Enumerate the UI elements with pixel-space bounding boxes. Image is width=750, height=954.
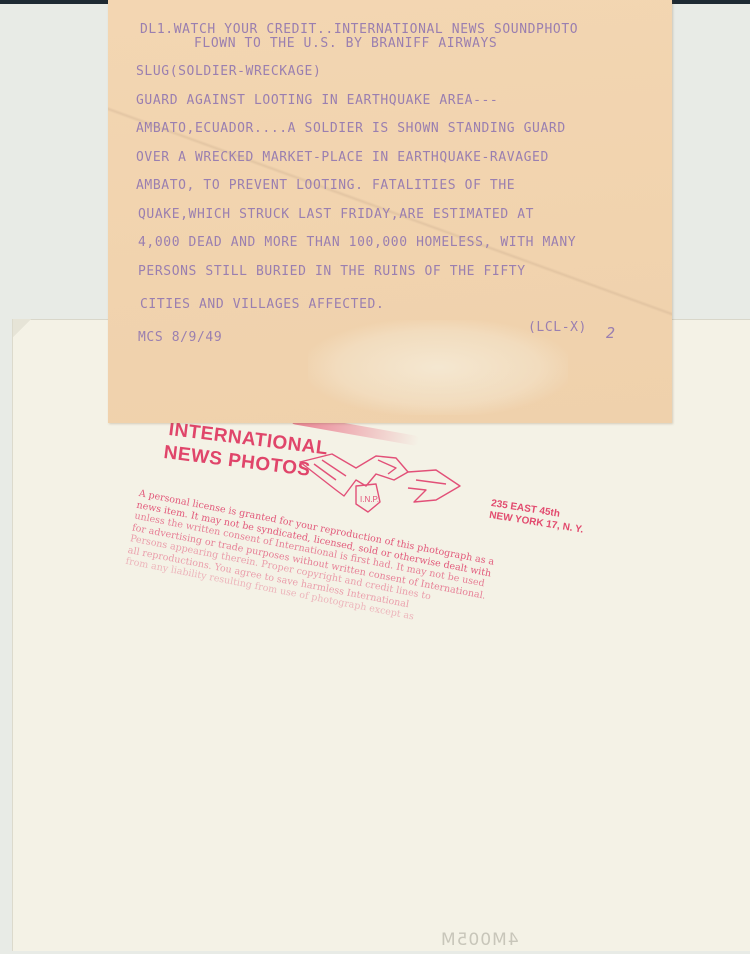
caption-headline: GUARD AGAINST LOOTING IN EARTHQUAKE AREA…	[136, 93, 498, 108]
caption-header-line2: FLOWN TO THE U.S. BY BRANIFF AIRWAYS	[194, 36, 497, 51]
caption-body-line: PERSONS STILL BURIED IN THE RUINS OF THE…	[138, 264, 526, 279]
caption-slip: DL1.WATCH YOUR CREDIT..INTERNATIONAL NEW…	[108, 0, 672, 423]
caption-initials-date: MCS 8/9/49	[138, 330, 222, 345]
caption-body-line: AMBATO,ECUADOR....A SOLDIER IS SHOWN STA…	[136, 121, 566, 136]
eagle-logo-icon: I.N.P.	[296, 450, 464, 520]
svg-text:I.N.P.: I.N.P.	[360, 495, 379, 504]
caption-body-line: QUAKE,WHICH STRUCK LAST FRIDAY,ARE ESTIM…	[138, 207, 534, 222]
pencil-note: 4M005M	[440, 930, 519, 950]
caption-header-line1: DL1.WATCH YOUR CREDIT..INTERNATIONAL NEW…	[140, 22, 578, 37]
caption-body-line: 4,000 DEAD AND MORE THAN 100,000 HOMELES…	[138, 235, 576, 250]
caption-mark: 2	[606, 324, 616, 342]
caption-body-line: CITIES AND VILLAGES AFFECTED.	[140, 297, 384, 312]
caption-body-line: AMBATO, TO PREVENT LOOTING. FATALITIES O…	[136, 178, 515, 193]
caption-slug: SLUG(SOLDIER-WRECKAGE)	[136, 64, 321, 79]
caption-code: (LCL-X)	[528, 320, 587, 335]
caption-body-line: OVER A WRECKED MARKET-PLACE IN EARTHQUAK…	[136, 150, 549, 165]
